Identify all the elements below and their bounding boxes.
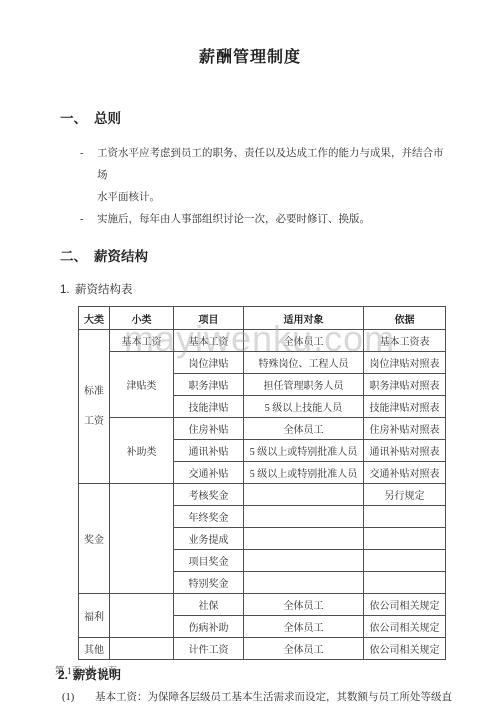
cell-subcategory-subsidy: 补助类	[110, 418, 174, 484]
section-heading-2: 二、薪资结构	[60, 245, 500, 265]
cell-subcategory-empty	[110, 638, 174, 660]
cell-basis: 另行规定	[364, 484, 446, 506]
cell-item: 社保	[174, 594, 244, 616]
cell-target	[244, 572, 364, 594]
cell-category-standard: 标准工资	[79, 330, 110, 484]
table-header-row: 大类 小类 项目 适用对象 依据	[79, 307, 446, 330]
page-number-footer: 第 1页 /共 12页	[55, 663, 117, 677]
cell-target: 担任管理职务人员	[244, 374, 364, 396]
cell-item: 计件工资	[174, 638, 244, 660]
cell-target: 全体员工	[244, 616, 364, 638]
bullet-item: - 工资水平应考虑到员工的职务、责任以及达成工作的能力与成果，并结合市场 水平面…	[80, 143, 500, 209]
cell-item: 基本工资	[174, 330, 244, 352]
cell-category-other: 其他	[79, 638, 110, 660]
bullet-line: 工资水平应考虑到员工的职务、责任以及达成工作的能力与成果，并结合市场	[97, 143, 449, 187]
item-number: (1)	[62, 690, 95, 705]
document-title: 薪酬管理制度	[0, 0, 500, 67]
table-row: 津贴类 岗位津贴 特殊岗位、工程人员 岗位津贴对照表	[79, 352, 446, 374]
cell-target: 全体员工	[244, 638, 364, 660]
cell-target: 特殊岗位、工程人员	[244, 352, 364, 374]
cell-target	[244, 506, 364, 528]
cell-basis: 岗位津贴对照表	[364, 352, 446, 374]
cell-target: 全体员工	[244, 418, 364, 440]
table-row: 标准工资 基本工资 基本工资 全体员工 基本工资表	[79, 330, 446, 352]
bullet-dash: -	[80, 143, 97, 209]
cell-item: 考核奖金	[174, 484, 244, 506]
bullet-item: - 实施后，每年由人事部组织讨论一次，必要时修订、换版。	[80, 209, 500, 231]
subsection-heading: 2.薪资说明	[58, 666, 500, 683]
cell-basis: 依公司相关规定	[364, 616, 446, 638]
cell-subcategory-base: 基本工资	[110, 330, 174, 352]
caption-text: 薪资结构表	[75, 284, 133, 296]
cell-item: 项目奖金	[174, 550, 244, 572]
cell-target	[244, 484, 364, 506]
cell-basis: 依公司相关规定	[364, 594, 446, 616]
col-header-basis: 依据	[364, 307, 446, 330]
cell-subcategory-empty	[110, 484, 174, 594]
numbered-item: (1) 基本工资：为保障各层级员工基本生活需求而设定，其数额与员工所处等级直	[62, 690, 500, 705]
cell-subcategory-empty	[110, 594, 174, 638]
section-title: 总则	[94, 111, 121, 126]
cell-item: 业务提成	[174, 528, 244, 550]
cell-item: 特别奖金	[174, 572, 244, 594]
cell-category-welfare: 福利	[79, 594, 110, 638]
cell-basis: 职务津贴对照表	[364, 374, 446, 396]
table-row: 奖金 考核奖金 另行规定	[79, 484, 446, 506]
cell-target: 全体员工	[244, 594, 364, 616]
col-header-subcategory: 小类	[110, 307, 174, 330]
section-number: 二、	[60, 245, 94, 265]
bullet-line: 水平面核计。	[97, 187, 449, 209]
table-row: 福利 社保 全体员工 依公司相关规定	[79, 594, 446, 616]
cell-item: 职务津贴	[174, 374, 244, 396]
cell-target: 5 级以上技能人员	[244, 396, 364, 418]
document-page: 薪酬管理制度 一、总则 - 工资水平应考虑到员工的职务、责任以及达成工作的能力与…	[0, 0, 500, 708]
cell-item: 岗位津贴	[174, 352, 244, 374]
salary-structure-table: 大类 小类 项目 适用对象 依据 标准工资 基本工资 基本工资 全体员工 基本工…	[78, 306, 446, 660]
cell-item: 通讯补贴	[174, 440, 244, 462]
cell-item: 伤病补助	[174, 616, 244, 638]
section-title: 薪资结构	[94, 249, 148, 264]
item-text: 基本工资：为保障各层级员工基本生活需求而设定，其数额与员工所处等级直	[95, 690, 452, 705]
col-header-target: 适用对象	[244, 307, 364, 330]
cell-basis: 通讯补贴对照表	[364, 440, 446, 462]
cell-basis: 交通补贴对照表	[364, 462, 446, 484]
bullet-text: 工资水平应考虑到员工的职务、责任以及达成工作的能力与成果，并结合市场 水平面核计…	[97, 143, 449, 209]
cell-basis	[364, 550, 446, 572]
cell-target: 全体员工	[244, 330, 364, 352]
cell-basis	[364, 572, 446, 594]
cell-basis	[364, 528, 446, 550]
cell-target: 5 级以上或特别批准人员	[244, 440, 364, 462]
bullet-dash: -	[80, 209, 97, 231]
col-header-category: 大类	[79, 307, 110, 330]
table-row: 其他 计件工资 全体员工 依公司相关规定	[79, 638, 446, 660]
table-row: 补助类 住房补贴 全体员工 住房补贴对照表	[79, 418, 446, 440]
table-caption: 1.薪资结构表	[60, 281, 500, 297]
cell-basis: 依公司相关规定	[364, 638, 446, 660]
caption-number: 1.	[60, 284, 75, 296]
cell-basis: 基本工资表	[364, 330, 446, 352]
cell-item: 交通补贴	[174, 462, 244, 484]
col-header-item: 项目	[174, 307, 244, 330]
cell-basis: 技能津贴对照表	[364, 396, 446, 418]
section-heading-1: 一、总则	[60, 107, 500, 127]
cell-basis	[364, 506, 446, 528]
cell-item: 年终奖金	[174, 506, 244, 528]
cell-target: 5 级以上或特别批准人员	[244, 462, 364, 484]
cell-basis: 住房补贴对照表	[364, 418, 446, 440]
cell-target	[244, 528, 364, 550]
section-number: 一、	[60, 107, 94, 127]
bullet-list: - 工资水平应考虑到员工的职务、责任以及达成工作的能力与成果，并结合市场 水平面…	[80, 143, 500, 231]
cell-item: 技能津贴	[174, 396, 244, 418]
bullet-text: 实施后，每年由人事部组织讨论一次，必要时修订、换版。	[97, 209, 449, 231]
cell-subcategory-allowance: 津贴类	[110, 352, 174, 418]
cell-target	[244, 550, 364, 572]
cell-item: 住房补贴	[174, 418, 244, 440]
bullet-line: 实施后，每年由人事部组织讨论一次，必要时修订、换版。	[97, 209, 449, 231]
cell-category-bonus: 奖金	[79, 484, 110, 594]
